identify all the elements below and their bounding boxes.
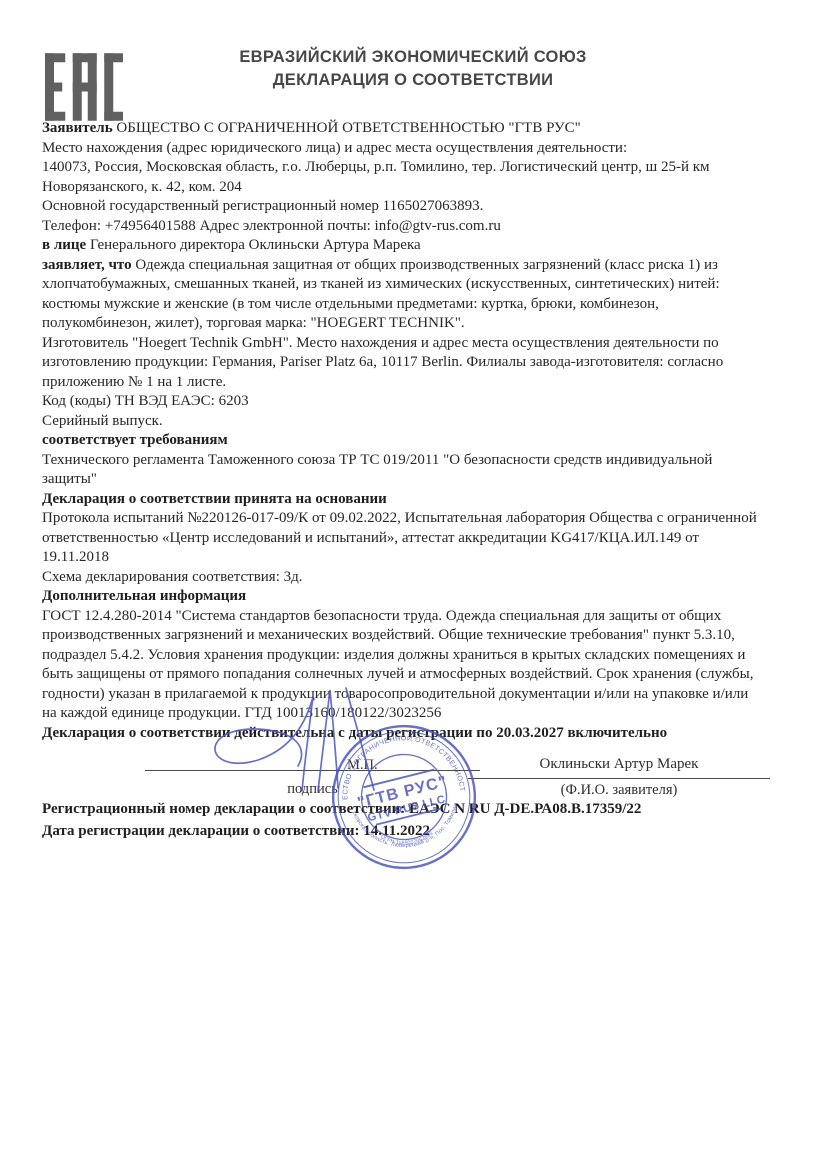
handwritten-signature (200, 678, 410, 808)
doc-line: костюмы мужские и женские (в том числе о… (42, 295, 804, 315)
document-header: ЕВРАЗИЙСКИЙ ЭКОНОМИЧЕСКИЙ СОЮЗ ДЕКЛАРАЦИ… (0, 46, 826, 92)
applicant-name: Оклиньски Артур Марек (468, 756, 770, 773)
doc-line: 140073, Россия, Московская область, г.о.… (42, 158, 804, 178)
doc-line: Основной государственный регистрационный… (42, 197, 804, 217)
doc-line: Серийный выпуск. (42, 412, 804, 432)
doc-line: соответствует требованиям (42, 431, 804, 451)
doc-line: Технического регламента Таможенного союз… (42, 451, 804, 471)
doc-line: Изготовитель "Hoegert Technik GmbH". Мес… (42, 334, 804, 354)
signature-line-right (468, 778, 770, 779)
doc-line: полукомбинезон, жилет), торговая марка: … (42, 314, 804, 334)
doc-line: Протокола испытаний №220126-017-09/К от … (42, 509, 804, 529)
doc-line: быть защищены от прямого попадания солне… (42, 665, 804, 685)
doc-line: Схема декларирования соответствия: 3д. (42, 568, 804, 588)
doc-line: 19.11.2018 (42, 548, 804, 568)
header-declaration-title: ДЕКЛАРАЦИЯ О СООТВЕТСТВИИ (0, 69, 826, 92)
doc-line: хлопчатобумажных, смешанных тканей, из т… (42, 275, 804, 295)
doc-line: заявляет, что Одежда специальная защитна… (42, 256, 804, 276)
doc-line: Дополнительная информация (42, 587, 804, 607)
doc-line: производственных загрязнений и механичес… (42, 626, 804, 646)
doc-line: Заявитель ОБЩЕСТВО С ОГРАНИЧЕННОЙ ОТВЕТС… (42, 119, 804, 139)
doc-line: Новорязанского, к. 42, ком. 204 (42, 178, 804, 198)
doc-line: Место нахождения (адрес юридического лиц… (42, 139, 804, 159)
doc-line: изготовлению продукции: Германия, Parise… (42, 353, 804, 373)
doc-line: Код (коды) ТН ВЭД ЕАЭС: 6203 (42, 392, 804, 412)
applicant-name-caption: (Ф.И.О. заявителя) (468, 782, 770, 799)
header-union-title: ЕВРАЗИЙСКИЙ ЭКОНОМИЧЕСКИЙ СОЮЗ (0, 46, 826, 69)
doc-line: приложению № 1 на 1 листе. (42, 373, 804, 393)
declaration-document-page: ЕВРАЗИЙСКИЙ ЭКОНОМИЧЕСКИЙ СОЮЗ ДЕКЛАРАЦИ… (0, 0, 826, 1169)
doc-line: подраздел 5.4.2. Условия хранения продук… (42, 646, 804, 666)
doc-line: Декларация о соответствии принята на осн… (42, 490, 804, 510)
doc-line: годности) указан в прилагаемой к продукц… (42, 685, 804, 705)
doc-line: ГОСТ 12.4.280-2014 "Система стандартов б… (42, 607, 804, 627)
doc-line: в лице Генерального директора Оклиньски … (42, 236, 804, 256)
doc-line: ответственностью «Центр исследований и и… (42, 529, 804, 549)
document-body: Заявитель ОБЩЕСТВО С ОГРАНИЧЕННОЙ ОТВЕТС… (42, 119, 804, 743)
doc-line: Телефон: +74956401588 Адрес электронной … (42, 217, 804, 237)
doc-line: защиты" (42, 470, 804, 490)
